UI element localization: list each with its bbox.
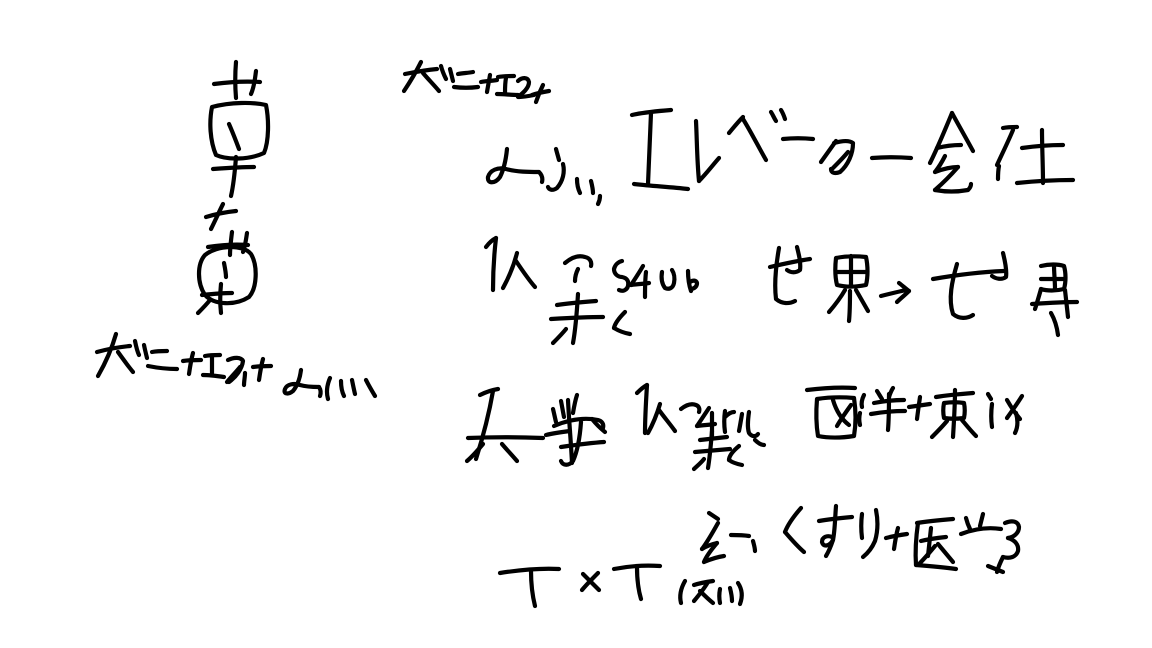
drawing-canvas[interactable]: 草＋菌 たこ＋イカ＋みたい: [0, 0, 1152, 648]
handwriting-price-line-2: 1人で4ドル: [637, 385, 764, 445]
handwriting-price-note-1: 末く: [551, 294, 630, 343]
handwriting-topic-hint: たこ＋イカ＋: [404, 62, 549, 102]
handwriting-science: 科学: [467, 389, 605, 465]
handwriting-price-note-2: 末く: [694, 431, 742, 469]
handwriting-txt-line: T×T（たい）: [500, 566, 742, 606]
handwriting-kanji-sketch: 草＋菌: [198, 62, 268, 313]
handwriting-filler: えー、: [702, 513, 755, 562]
handwriting-elevator-company: エレベーター会社: [632, 110, 1073, 192]
handwriting-medicine: くすり＋医学: [785, 506, 1019, 572]
handwriting-price-line-1: 1人で54ドル: [486, 238, 697, 297]
handwriting-west-east: 西洋＋東洋: [807, 388, 1022, 438]
handwriting-world-line: 世界→世界: [770, 247, 1077, 335]
handwriting-mirai: みらい: [488, 149, 600, 204]
whiteboard-page: 草＋菌 たこ＋イカ＋みたい: [0, 0, 1152, 648]
handwriting-sketch-caption: たこ＋イカ＋みたい: [97, 334, 375, 399]
